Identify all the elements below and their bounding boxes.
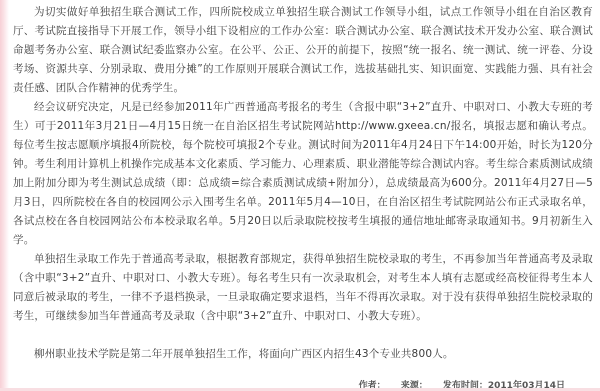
article-body: 为切实做好单独招生联合测试工作，四所院校成立单独招生联合测试工作领导小组，试点工… xyxy=(13,3,593,391)
article-paragraph: 经会议研究决定，凡是已经参加2011年广西普通高考报名的考生（含报中职“3+2”… xyxy=(13,98,593,250)
article-paragraph: 柳州职业技术学院是第二年开展单独招生工作，将面向广西区内招生43个专业共800人… xyxy=(13,345,593,364)
left-border-strip xyxy=(0,0,9,391)
article-paragraph: 单独招生录取工作先于普通高考录取，根据教育部规定，获得单独招生院校录取的考生，不… xyxy=(13,250,593,326)
article-page: 为切实做好单独招生联合测试工作，四所院校成立单独招生联合测试工作领导小组，试点工… xyxy=(0,0,600,391)
article-paragraph: 为切实做好单独招生联合测试工作，四所院校成立单独招生联合测试工作领导小组，试点工… xyxy=(13,3,593,98)
